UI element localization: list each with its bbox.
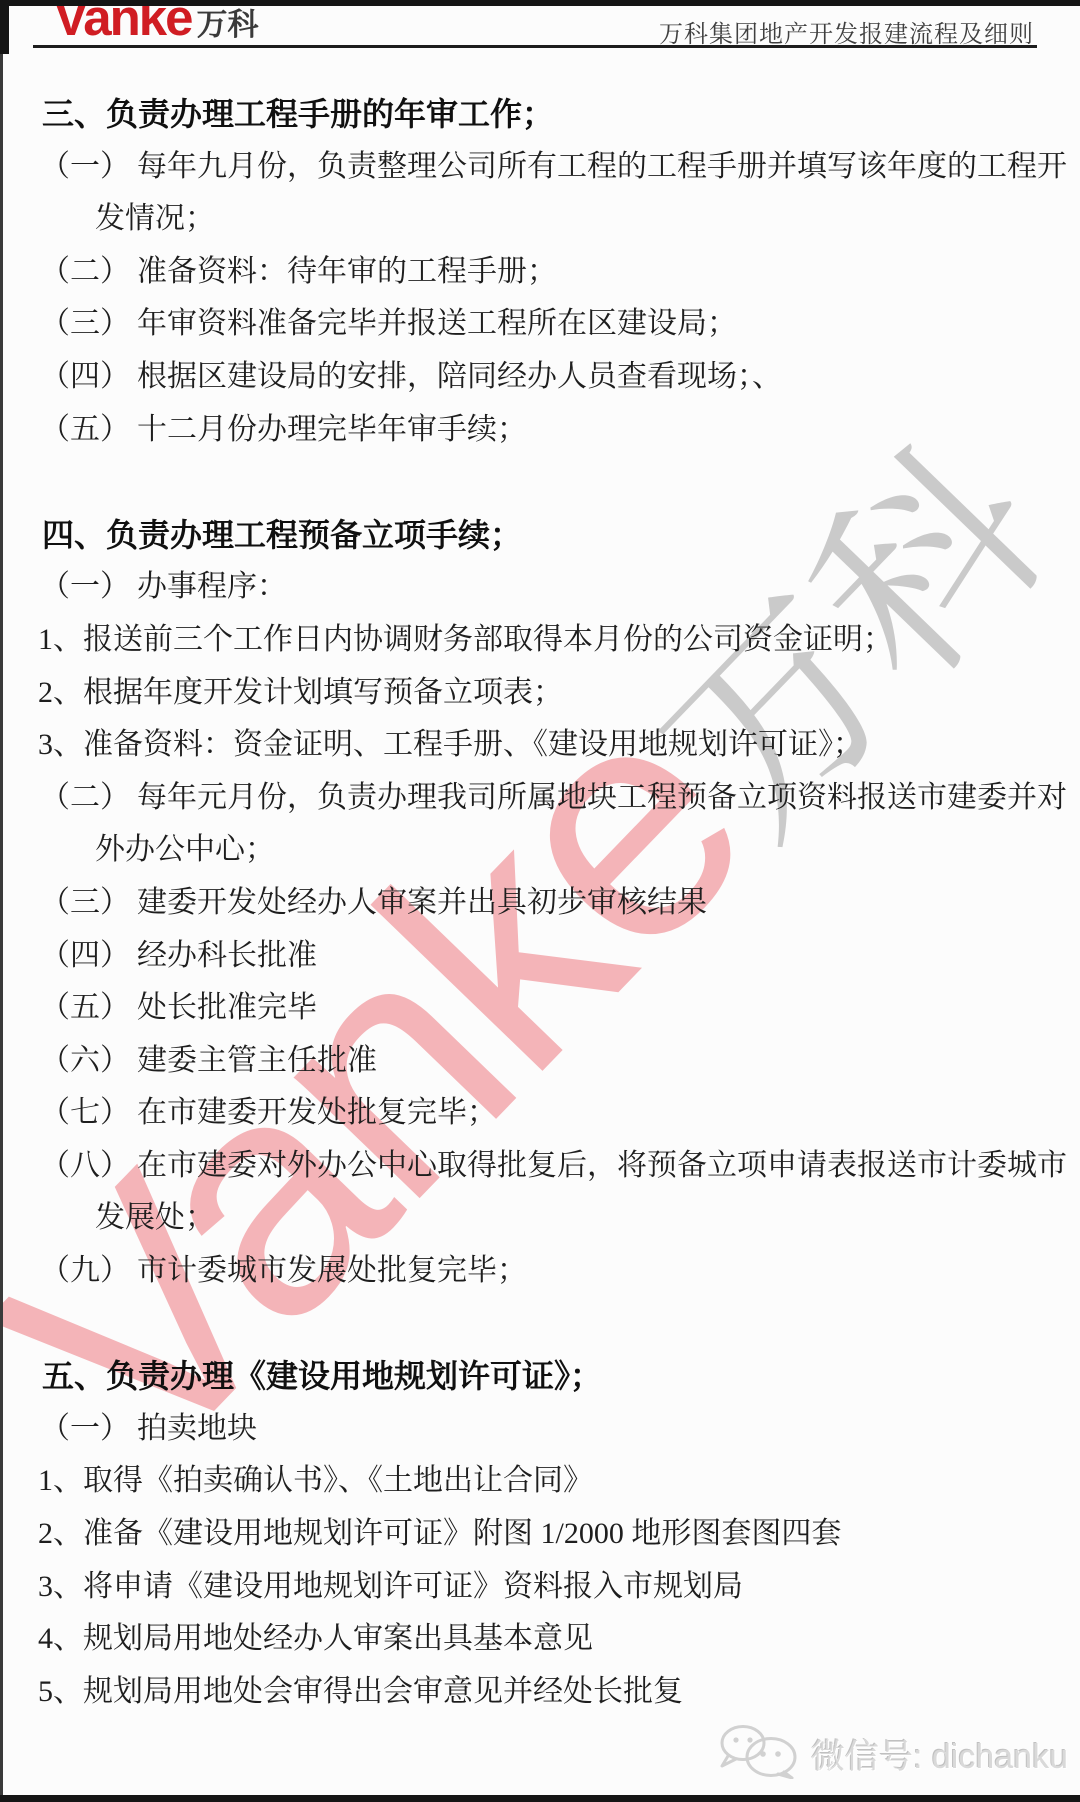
- document-title: 万科集团地产开发报建流程及细则: [659, 14, 1034, 49]
- list-text: 十二月份办理完毕年审手续；: [137, 413, 527, 446]
- list-text: 外办公中心；: [95, 833, 275, 866]
- list-marker: 3、: [38, 719, 83, 772]
- vanke-logo-brand: Vanke: [54, 0, 191, 46]
- doc-line: （一）每年九月份，负责整理公司所有工程的工程手册并填写该年度的工程开: [0, 141, 1080, 194]
- list-text: 发展处；: [95, 1201, 215, 1234]
- wechat-icon: [713, 1723, 801, 1784]
- list-text: 取得《拍卖确认书》、《土地出让合同》: [83, 1464, 593, 1497]
- list-marker: （八）: [40, 1140, 137, 1193]
- list-marker: 2、: [38, 667, 83, 720]
- doc-line: （三）建委开发处经办人审案并出具初步审核结果: [0, 877, 1080, 930]
- doc-line: 外办公中心；: [0, 824, 1080, 877]
- doc-line: 1、取得《拍卖确认书》、《土地出让合同》: [0, 1455, 1080, 1508]
- page-header: Vanke万科 万科集团地产开发报建流程及细则: [0, 0, 1080, 52]
- list-text: 市计委城市发展处批复完毕；: [137, 1254, 527, 1287]
- doc-line: 3、将申请《建设用地规划许可证》资料报入市规划局: [0, 1561, 1080, 1614]
- list-marker: 1、: [38, 614, 83, 667]
- list-marker: （五）: [40, 404, 137, 457]
- list-text: 经办科长批准: [137, 939, 317, 972]
- list-marker: 3、: [38, 1561, 83, 1614]
- vanke-logo-cn: 万科: [196, 7, 258, 42]
- section-heading: 四、负责办理工程预备立项手续；: [0, 509, 1080, 562]
- doc-line: （一）拍卖地块: [0, 1403, 1080, 1456]
- list-marker: （四）: [40, 351, 137, 404]
- list-marker: 1、: [38, 1455, 83, 1508]
- list-marker: （六）: [40, 1035, 137, 1088]
- list-marker: 2、: [38, 1508, 83, 1561]
- list-marker: （二）: [40, 772, 137, 825]
- doc-line: （六）建委主管主任批准: [0, 1035, 1080, 1088]
- doc-line: 2、准备《建设用地规划许可证》附图 1/2000 地形图套图四套: [0, 1508, 1080, 1561]
- wechat-id-label: 微信号: dichanku: [811, 1729, 1068, 1778]
- doc-line: 发情况；: [0, 193, 1080, 246]
- doc-line: （三）年审资料准备完毕并报送工程所在区建设局；: [0, 298, 1080, 351]
- list-text: 处长批准完毕: [137, 991, 317, 1024]
- list-text: 建委开发处经办人审案并出具初步审核结果: [137, 886, 707, 919]
- doc-line: （八）在市建委对外办公中心取得批复后，将预备立项申请表报送市计委城市: [0, 1140, 1080, 1193]
- list-text: 建委主管主任批准: [137, 1044, 377, 1077]
- scan-edge-corner: [0, 0, 9, 54]
- doc-line: （五）十二月份办理完毕年审手续；: [0, 404, 1080, 457]
- scan-edge-top: [0, 0, 1080, 6]
- list-text: 将申请《建设用地规划许可证》资料报入市规划局: [83, 1570, 743, 1603]
- vanke-logo: Vanke万科: [54, 0, 258, 47]
- list-marker: （九）: [40, 1245, 137, 1298]
- doc-line: （七）在市建委开发处批复完毕；: [0, 1087, 1080, 1140]
- doc-line: 3、准备资料：资金证明、工程手册、《建设用地规划许可证》；: [0, 719, 1080, 772]
- list-text: 根据区建设局的安排，陪同经办人员查看现场；、: [137, 360, 782, 393]
- doc-line: （二）每年元月份，负责办理我司所属地块工程预备立项资料报送市建委并对: [0, 772, 1080, 825]
- list-text: 年审资料准备完毕并报送工程所在区建设局；: [137, 307, 737, 340]
- list-marker: （三）: [40, 877, 137, 930]
- list-text: 每年元月份，负责办理我司所属地块工程预备立项资料报送市建委并对: [137, 781, 1067, 814]
- section-heading: 三、负责办理工程手册的年审工作；: [0, 88, 1080, 141]
- doc-line: （四）经办科长批准: [0, 930, 1080, 983]
- doc-line: （二）准备资料：待年审的工程手册；: [0, 246, 1080, 299]
- list-marker: （四）: [40, 930, 137, 983]
- list-text: 准备资料：待年审的工程手册；: [137, 255, 557, 288]
- doc-line: （一）办事程序：: [0, 561, 1080, 614]
- doc-line: 发展处；: [0, 1192, 1080, 1245]
- scan-edge-bottom: [0, 1795, 1080, 1802]
- list-marker: （三）: [40, 298, 137, 351]
- list-marker: 4、: [38, 1613, 83, 1666]
- list-text: 规划局用地处会审得出会审意见并经处长批复: [83, 1675, 683, 1708]
- doc-line: 2、根据年度开发计划填写预备立项表；: [0, 667, 1080, 720]
- doc-line: 1、报送前三个工作日内协调财务部取得本月份的公司资金证明；: [0, 614, 1080, 667]
- list-text: 每年九月份，负责整理公司所有工程的工程手册并填写该年度的工程开: [137, 150, 1067, 183]
- document-body: 三、负责办理工程手册的年审工作；（一）每年九月份，负责整理公司所有工程的工程手册…: [0, 88, 1080, 1718]
- header-rule: [33, 45, 1037, 48]
- list-marker: （一）: [40, 1403, 137, 1456]
- doc-line: （五）处长批准完毕: [0, 982, 1080, 1035]
- list-text: 根据年度开发计划填写预备立项表；: [83, 676, 563, 709]
- list-marker: （五）: [40, 982, 137, 1035]
- list-marker: （一）: [40, 561, 137, 614]
- wechat-footer: 微信号: dichanku: [713, 1723, 1068, 1784]
- list-text: 在市建委开发处批复完毕；: [137, 1096, 497, 1129]
- list-text: 准备资料：资金证明、工程手册、《建设用地规划许可证》；: [83, 728, 863, 761]
- doc-line: 4、规划局用地处经办人审案出具基本意见: [0, 1613, 1080, 1666]
- list-text: 发情况；: [95, 202, 215, 235]
- doc-line: （九）市计委城市发展处批复完毕；: [0, 1245, 1080, 1298]
- list-text: 办事程序：: [137, 570, 287, 603]
- doc-line: （四）根据区建设局的安排，陪同经办人员查看现场；、: [0, 351, 1080, 404]
- list-marker: 5、: [38, 1666, 83, 1719]
- list-text: 在市建委对外办公中心取得批复后，将预备立项申请表报送市计委城市: [137, 1149, 1067, 1182]
- list-marker: （七）: [40, 1087, 137, 1140]
- doc-line: 5、规划局用地处会审得出会审意见并经处长批复: [0, 1666, 1080, 1719]
- list-text: 规划局用地处经办人审案出具基本意见: [83, 1622, 593, 1655]
- list-marker: （二）: [40, 246, 137, 299]
- section-heading: 五、负责办理《建设用地规划许可证》；: [0, 1350, 1080, 1403]
- list-text: 拍卖地块: [137, 1412, 257, 1445]
- list-text: 报送前三个工作日内协调财务部取得本月份的公司资金证明；: [83, 623, 893, 656]
- list-marker: （一）: [40, 141, 137, 194]
- list-text: 准备《建设用地规划许可证》附图 1/2000 地形图套图四套: [83, 1517, 841, 1550]
- scan-edge-left: [0, 0, 3, 1802]
